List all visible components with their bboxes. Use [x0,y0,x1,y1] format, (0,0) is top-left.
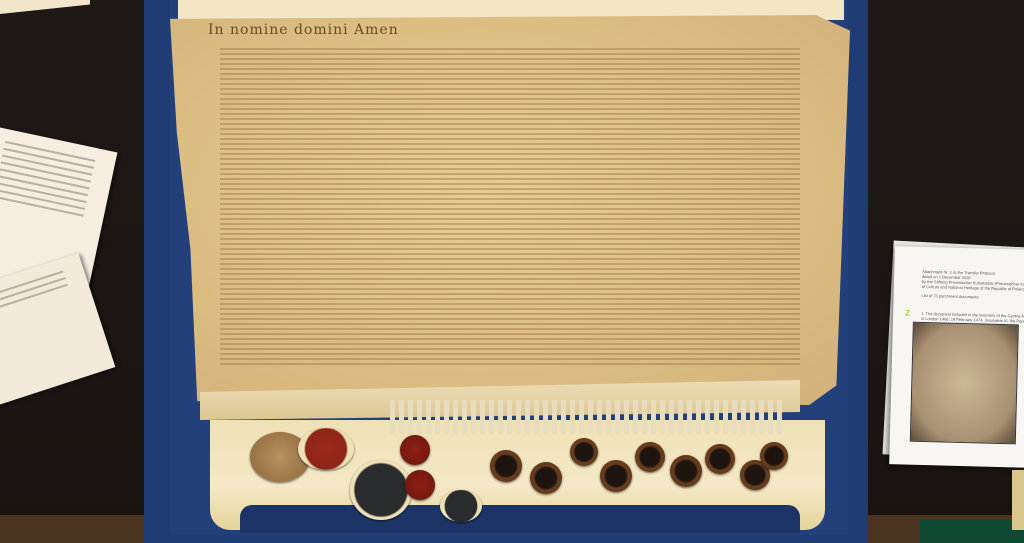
wax-seal [635,442,665,472]
seal-tag [471,400,476,434]
seal-tag [561,400,566,434]
wax-seal [570,438,598,466]
seal-tag [642,400,647,434]
seal-tag [723,400,728,434]
seal-tag [588,400,593,434]
seal-tag [714,400,719,434]
seal-tag [570,400,575,434]
seal-tag [741,400,746,434]
seal-tag [462,400,467,434]
wax-seal [405,470,435,500]
seal-tag [552,400,557,434]
seal-tag [678,400,683,434]
charter-photo-thumbnail [910,322,1019,445]
wax-seal [400,435,430,465]
seal-tag [759,400,764,434]
seal-tag [696,400,701,434]
wax-seal [490,450,522,482]
charter-incipit: In nomine domini Amen [208,22,399,38]
charter-text-block [220,48,800,368]
seal-tag [750,400,755,434]
seal-tag [480,400,485,434]
doc-line: List of 73 parchment documents [922,293,979,299]
seal-tag [507,400,512,434]
seal-tag [435,400,440,434]
yellow-folder-edge [1012,470,1024,530]
wax-seal [298,428,354,470]
pendant-seals [240,400,800,520]
seal-tag [660,400,665,434]
seal-tag [669,400,674,434]
wax-seal [670,455,702,487]
transfer-protocol-document: Attachment Nr. 1 to the Transfer Protoco… [889,246,1024,468]
seal-tag [399,400,404,434]
seal-tag [498,400,503,434]
seal-tag [651,400,656,434]
seal-tag [489,400,494,434]
seal-tag [687,400,692,434]
seal-tag [633,400,638,434]
seal-tag [777,400,782,434]
wax-seal [705,444,735,474]
wax-seal [760,442,788,470]
green-mat [920,520,1024,543]
seal-tag [390,400,395,434]
seal-tag [615,400,620,434]
seal-tag [444,400,449,434]
seal-tag [408,400,413,434]
seal-tag [705,400,710,434]
wax-seal [530,462,562,494]
seal-tag [534,400,539,434]
seal-tag [543,400,548,434]
seal-tag [525,400,530,434]
seal-tag [606,400,611,434]
wax-seal [350,460,412,520]
wax-seal [600,460,632,492]
seal-tag [417,400,422,434]
seal-tag [597,400,602,434]
seal-tag [624,400,629,434]
seal-tag [579,400,584,434]
doc-marker: Z [905,308,910,317]
seal-tag [426,400,431,434]
seal-tag [453,400,458,434]
seal-tag [516,400,521,434]
wax-seal [440,490,482,522]
seal-tag [732,400,737,434]
seal-tag [768,400,773,434]
